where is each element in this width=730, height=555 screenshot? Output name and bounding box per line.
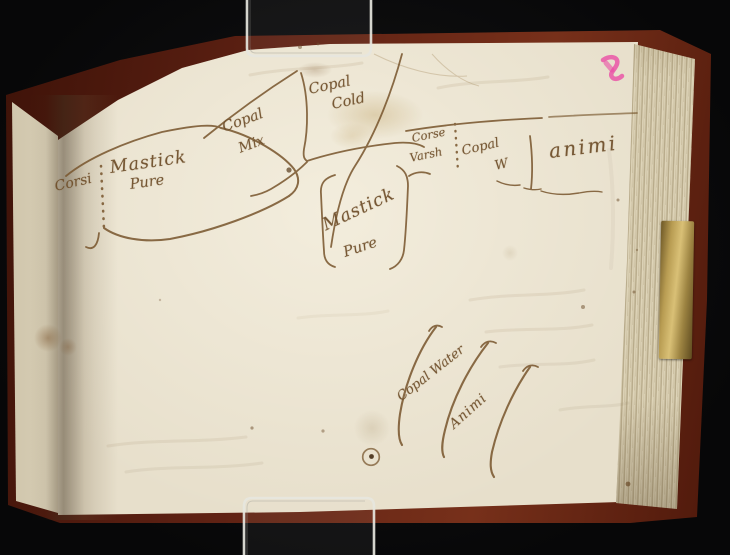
note-corsi: Corsi xyxy=(53,172,93,194)
note-corse-varnish-line1: Corse xyxy=(411,127,447,145)
note-animi-diagonal: Animi xyxy=(447,392,489,432)
photograph-scene: Corsi Mastick Pure Copal Mix Copal Cold … xyxy=(0,0,730,555)
handwritten-notes: Corsi Mastick Pure Copal Mix Copal Cold … xyxy=(0,0,730,555)
note-mastick-center-line2: Pure xyxy=(342,236,379,260)
note-mastick-left-line2: Pure xyxy=(129,173,165,192)
note-copal-mix-line1: Copal xyxy=(221,107,266,135)
note-copal-cold-line2: Cold xyxy=(330,91,366,112)
note-corse-varnish-line2: Varsh xyxy=(409,146,444,164)
note-copal-water-diagonal: Copal Water xyxy=(395,343,467,403)
note-mastick-left-line1: Mastick xyxy=(109,149,188,177)
note-animi-right: animi xyxy=(548,133,619,161)
note-mastick-center-line1: Mastick xyxy=(320,186,398,235)
note-copal-mix-line2: Mix xyxy=(237,133,267,155)
note-copal-w-line2: W xyxy=(494,157,510,173)
note-copal-w-line1: Copal xyxy=(461,137,501,158)
